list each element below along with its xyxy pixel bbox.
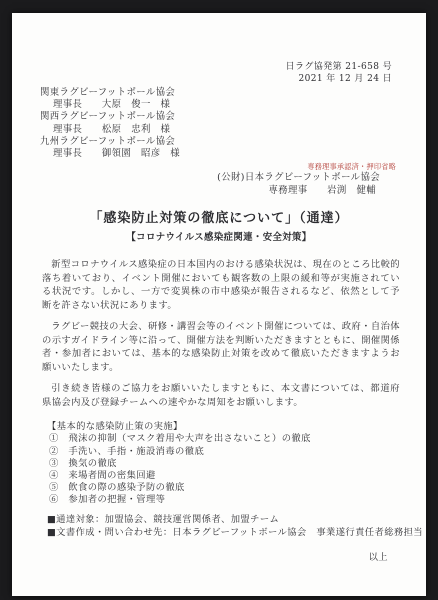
measure-item: ⑤ 飲食の際の感染予防の徹底 bbox=[47, 482, 426, 494]
body-paragraph: 引き続き皆様のご協力をお願いいたしますともに、本文書については、都道府県協会内及… bbox=[42, 382, 400, 409]
approval-note: 専務理事承認済・押印省略 bbox=[12, 162, 426, 172]
document-page: 日ラグ協発第 21-658 号 2021 年 12 月 24 日 関東ラグビーフ… bbox=[12, 13, 426, 596]
recipient-person: 理事長 御領園 昭彦 様 bbox=[40, 148, 426, 160]
recipient-org: 関西ラグビーフットボール協会 bbox=[40, 111, 426, 123]
recipient-org: 関東ラグビーフットボール協会 bbox=[40, 87, 426, 99]
doc-number: 日ラグ協発第 21-658 号 bbox=[12, 61, 392, 73]
measure-item: ① 飛沫の抑制（マスク着用や大声を出さないこと）の徹底 bbox=[47, 433, 426, 445]
body-text: 新型コロナウイルス感染症の日本国内のおける感染状況は、現在のところ比較的落ち着い… bbox=[42, 258, 400, 409]
doc-date: 2021 年 12 月 24 日 bbox=[12, 73, 392, 85]
measure-item: ⑥ 参加者の把握・管理等 bbox=[47, 494, 426, 506]
closing-text: 以上 bbox=[12, 552, 426, 565]
measures-heading: 【基本的な感染防止策の実施】 bbox=[47, 421, 426, 433]
measure-item: ② 手洗い、手指・施設消毒の徹底 bbox=[47, 446, 426, 458]
sender-org: (公財)日本ラグビーフットボール協会 bbox=[12, 172, 426, 185]
doc-subtitle: 【コロナウイルス感染症関連・安全対策】 bbox=[12, 231, 426, 244]
sender-person: 専務理事 岩渕 健輔 bbox=[12, 185, 426, 198]
body-paragraph: 新型コロナウイルス感染症の日本国内のおける感染状況は、現在のところ比較的落ち着い… bbox=[42, 258, 400, 312]
footer-note: ■通達対象：加盟協会、競技運営関係者、加盟チーム bbox=[47, 513, 426, 527]
body-paragraph: ラグビー競技の大会、研修・講習会等のイベント開催については、政府・自治体の示すガ… bbox=[42, 320, 400, 374]
measures-list: 【基本的な感染防止策の実施】 ① 飛沫の抑制（マスク着用や大声を出さないこと）の… bbox=[12, 421, 426, 506]
measure-item: ④ 来場者間の密集回避 bbox=[47, 470, 426, 482]
sender-block: (公財)日本ラグビーフットボール協会 専務理事 岩渕 健輔 bbox=[12, 172, 426, 197]
dark-backdrop: 日ラグ協発第 21-658 号 2021 年 12 月 24 日 関東ラグビーフ… bbox=[0, 0, 438, 600]
doc-header: 日ラグ協発第 21-658 号 2021 年 12 月 24 日 bbox=[12, 61, 426, 85]
recipient-person: 理事長 大原 俊一 様 bbox=[40, 99, 426, 111]
recipient-org: 九州ラグビーフットボール協会 bbox=[40, 136, 426, 148]
measure-item: ③ 換気の徹底 bbox=[47, 458, 426, 470]
recipient-block: 関東ラグビーフットボール協会 理事長 大原 俊一 様 関西ラグビーフットボール協… bbox=[12, 87, 426, 160]
footer-note: ■文書作成・問い合わせ先：日本ラグビーフットボール協会 事業遂行責任者総務担当 bbox=[47, 526, 426, 540]
doc-title: 「感染防止対策の徹底について」（通達） bbox=[12, 211, 426, 227]
recipient-person: 理事長 松原 忠利 様 bbox=[40, 124, 426, 136]
footer-notes: ■通達対象：加盟協会、競技運営関係者、加盟チーム ■文書作成・問い合わせ先：日本… bbox=[12, 513, 426, 541]
